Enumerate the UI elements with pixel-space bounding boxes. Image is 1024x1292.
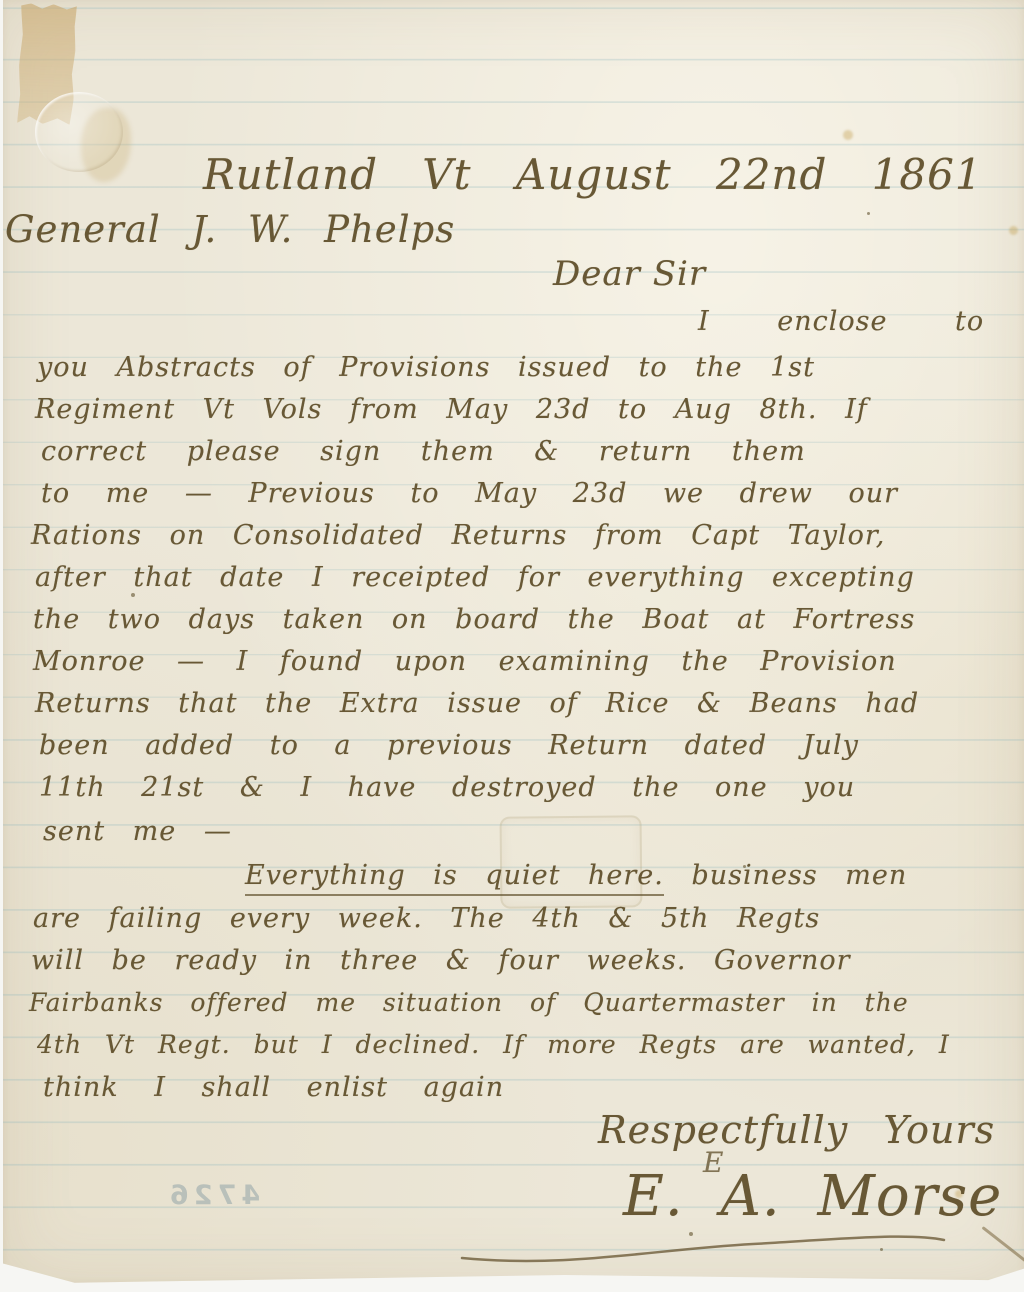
paper-sheet: 4726 Rutland Vt August 22nd 1861 General… (3, 0, 1024, 1284)
date-line: Rutland Vt August 22nd 1861 (203, 150, 983, 199)
letter-line: 11th 21st & I have destroyed the one you (39, 772, 855, 803)
corner-pen-stroke (982, 1226, 1024, 1272)
valediction: Respectfully Yours (598, 1108, 995, 1152)
letter-line: sent me — (43, 816, 232, 847)
letter-line: the two days taken on board the Boat at … (33, 604, 915, 635)
letter-line: Returns that the Extra issue of Rice & B… (35, 688, 919, 719)
fox-spot (843, 130, 853, 140)
letter-line: Rations on Consolidated Returns from Cap… (31, 520, 885, 551)
letter-line: correct please sign them & return them (41, 436, 806, 467)
letter-line-underlined: Everything is quiet here. business men (245, 860, 907, 891)
salutation: Dear Sir (553, 254, 706, 294)
fox-spot (1009, 226, 1018, 235)
ink-speck (131, 593, 135, 597)
letter-line: to me — Previous to May 23d we drew our (41, 478, 898, 509)
recipient-line: General J. W. Phelps (5, 208, 455, 251)
letter-line: will be ready in three & four weeks. Gov… (31, 945, 851, 976)
archive-stamp-number: 4726 (165, 1180, 260, 1211)
letter-line: Regiment Vt Vols from May 23d to Aug 8th… (35, 394, 868, 425)
phrase-rest: business men (664, 860, 907, 891)
letter-line: Monroe — I found upon examining the Prov… (33, 646, 897, 677)
opening-phrase: I enclose to (698, 306, 984, 337)
signature-flourish (458, 1228, 948, 1268)
underlined-phrase: Everything is quiet here. (245, 860, 664, 896)
embossed-seal (35, 92, 123, 172)
letter-line: after that date I receipted for everythi… (35, 562, 915, 593)
ink-speck (867, 212, 870, 215)
letter-line: think I shall enlist again (43, 1072, 504, 1103)
letter-scan: { "letter": { "heading": { "place_date":… (0, 0, 1024, 1292)
letter-line: you Abstracts of Provisions issued to th… (37, 352, 815, 383)
letter-line: 4th Vt Regt. but I declined. If more Reg… (37, 1030, 950, 1059)
letter-line: are failing every week. The 4th & 5th Re… (33, 903, 820, 934)
signature: E. A. Morse (623, 1164, 1002, 1229)
letter-line: Fairbanks offered me situation of Quarte… (29, 988, 909, 1017)
letter-line: been added to a previous Return dated Ju… (39, 730, 859, 761)
